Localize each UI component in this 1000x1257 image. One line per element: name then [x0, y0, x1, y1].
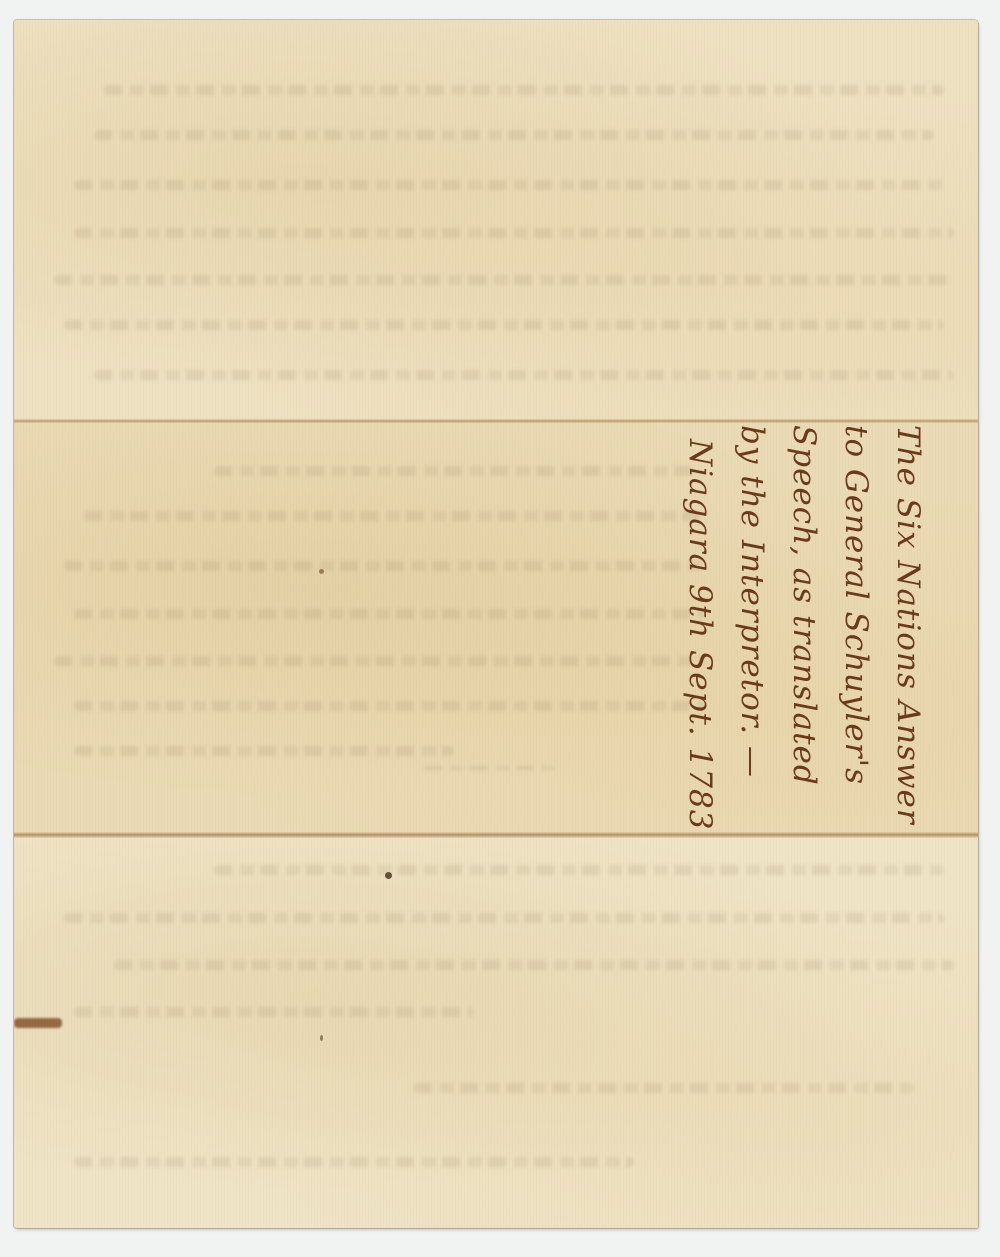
- bleed-through-line: [74, 1007, 474, 1017]
- bleed-through-line: [54, 275, 954, 285]
- bottom-fold-panel: [14, 835, 978, 1228]
- bleed-through-line: [64, 561, 704, 571]
- docket-line-3: Speech, as translated: [778, 425, 830, 825]
- bleed-through-line: [54, 656, 704, 666]
- docket-line-1: The Six Nations Answer: [882, 425, 934, 825]
- bleed-through-line: [104, 85, 944, 95]
- edge-stain: [14, 1018, 62, 1028]
- bleed-through-line: [64, 913, 944, 923]
- ink-spot: [320, 1035, 323, 1041]
- bleed-through-line: [74, 609, 704, 619]
- bleed-through-line: [414, 1083, 914, 1093]
- bleed-through-line: [64, 320, 944, 330]
- fold-crease-upper: [14, 419, 978, 423]
- ink-spot: [385, 872, 392, 879]
- top-fold-panel: [14, 20, 978, 421]
- fold-crease-lower: [14, 832, 978, 838]
- ink-spot: [319, 569, 324, 574]
- docket-line-2: to General Schuyler's: [830, 425, 882, 825]
- bleed-through-line: [214, 865, 944, 875]
- bleed-through-line: [74, 746, 454, 756]
- bleed-through-line: [74, 228, 954, 238]
- docket-endorsement: The Six Nations Answer to General Schuyl…: [654, 425, 934, 825]
- bleed-through-line: [94, 130, 934, 140]
- docket-line-5-date: Niagara 9th Sept. 1783: [674, 425, 726, 825]
- bleed-through-line: [214, 466, 694, 476]
- bleed-through-line: [94, 370, 954, 380]
- docket-line-4: by the Interpretor. —: [726, 425, 778, 825]
- bleed-through-line: [74, 701, 704, 711]
- bleed-through-line: [74, 1157, 634, 1167]
- bleed-through-line: [74, 180, 944, 190]
- bleed-through-rule: [424, 766, 554, 770]
- bleed-through-line: [114, 960, 954, 970]
- bleed-through-line: [84, 511, 704, 521]
